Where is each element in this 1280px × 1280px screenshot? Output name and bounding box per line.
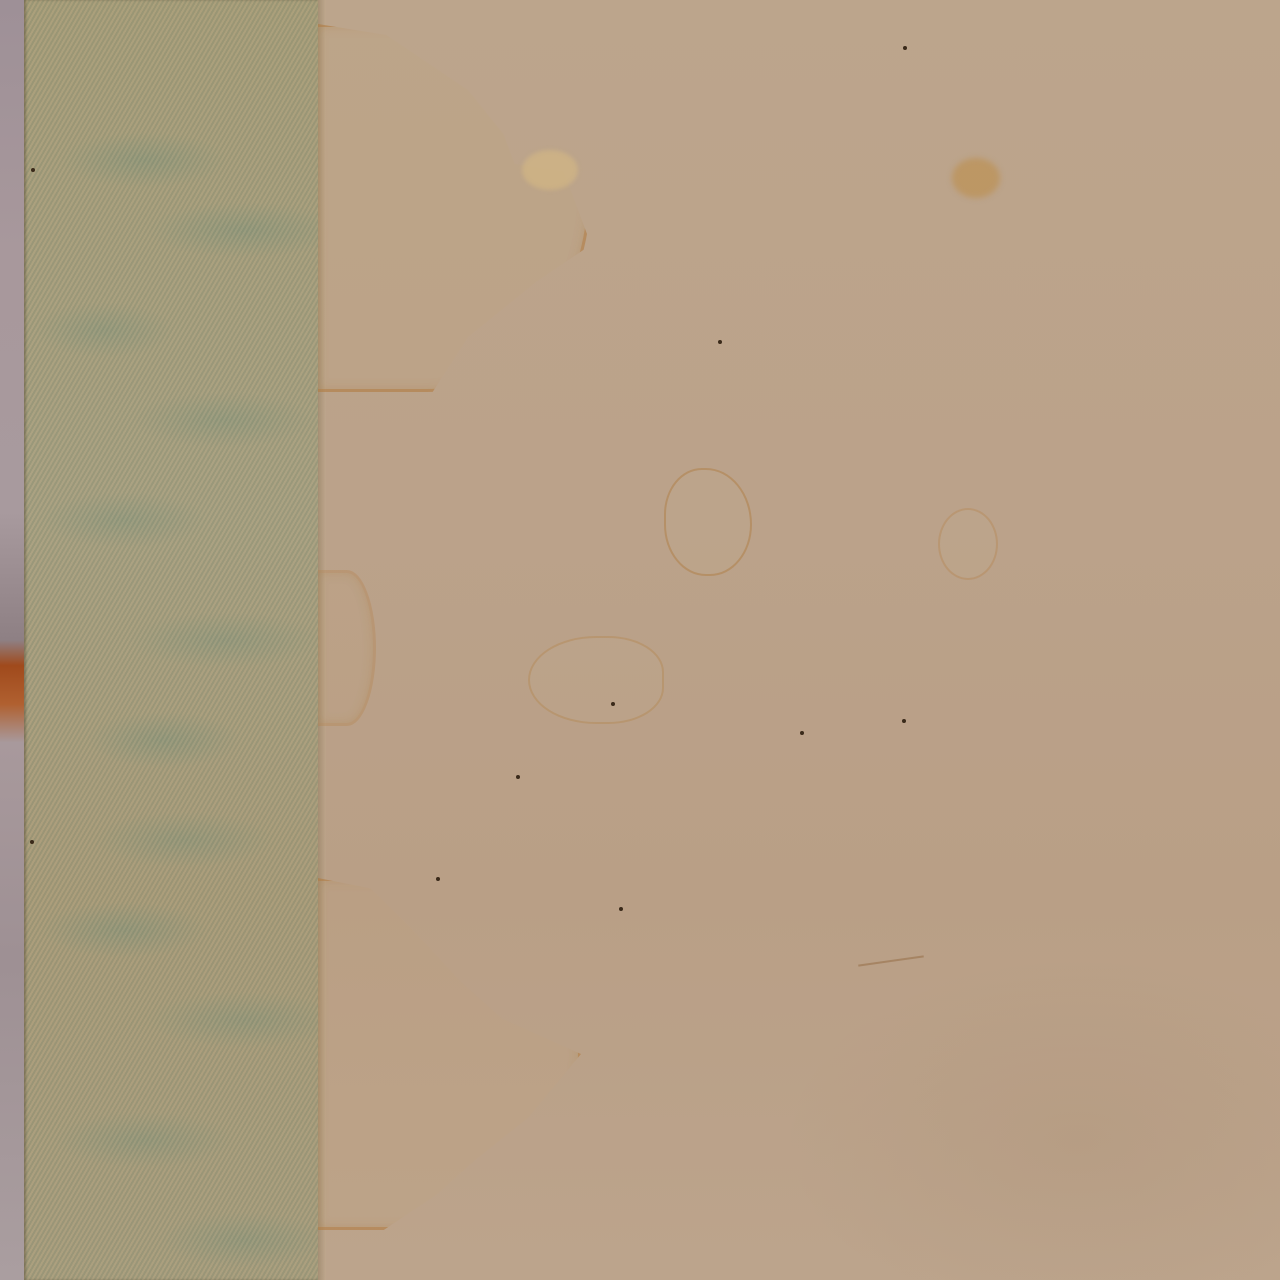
pale-spot [522, 150, 578, 190]
dark-speck [619, 907, 623, 911]
ring-stain [528, 636, 664, 724]
dark-speck [436, 877, 440, 881]
dark-speck [611, 702, 615, 706]
scroll-photo [0, 0, 1280, 1280]
dark-speck [31, 168, 35, 172]
ring-stain [938, 508, 998, 580]
dark-speck [30, 840, 34, 844]
tan-spot [952, 158, 1000, 198]
dark-speck [718, 340, 722, 344]
water-stain-faint-left [318, 570, 376, 726]
dark-speck [800, 731, 804, 735]
dark-speck [903, 46, 907, 50]
dark-speck [902, 719, 906, 723]
silk-brocade-mounting [24, 0, 319, 1280]
background-edge [0, 0, 24, 1280]
dark-speck [516, 775, 520, 779]
ring-stain [664, 468, 752, 576]
